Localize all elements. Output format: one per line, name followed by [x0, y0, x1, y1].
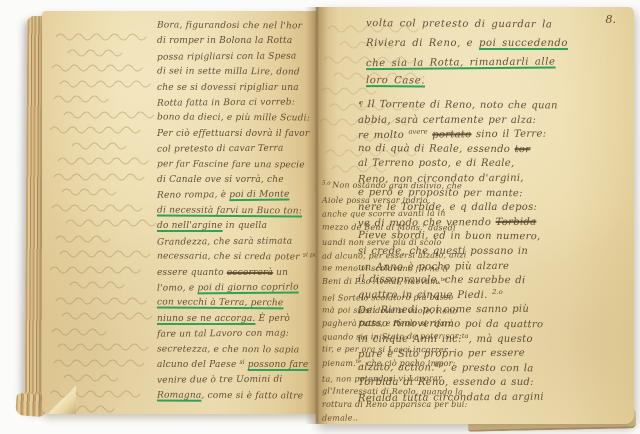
manuscript-line: abbia, sarà certamente per alza: — [358, 114, 634, 129]
manuscript-line: anche que scorre avanti là in — [322, 207, 472, 222]
manuscript-line: col pretesto di cavar Terra — [157, 142, 316, 159]
right-page-top-paragraph: volta col pretesto di guardar laRiviera … — [366, 15, 632, 91]
page-corner-curl — [42, 384, 76, 414]
photo-background: Bora, figurandosi che nel l'hordi romper… — [0, 0, 640, 434]
manuscript-line: di romper in Bolona la Rotta — [157, 34, 316, 49]
manuscript-line: al Terreno posto, e di Reale, — [358, 157, 634, 172]
manuscript-line: per far Fascine fare una specie — [157, 157, 316, 174]
manuscript-line: alcuno del Paese si possono fare — [157, 358, 316, 373]
show-through-writing — [50, 23, 162, 414]
manuscript-line: Romagna, come si è fatto altre — [157, 388, 316, 405]
manuscript-line: tir, e per ora si Lasci incorrer — [322, 343, 472, 357]
manuscript-line: di necessità farvi un Buco ton: — [157, 203, 316, 220]
left-page-text: Bora, figurandosi che nel l'hordi romper… — [157, 19, 316, 404]
left-page: Bora, figurandosi che nel l'hordi romper… — [42, 11, 316, 414]
manuscript-line: Riviera di Reno, e poi succedendo — [366, 34, 632, 53]
right-page: 8. volta col pretesto di guardar laRivie… — [316, 7, 634, 424]
manuscript-line: venire due ò tre Uomini di — [157, 373, 316, 390]
manuscript-line: fare un tal Lavoro con mag: — [157, 326, 316, 343]
manuscript-line: possa ripigliarsi con la Spesa — [157, 49, 316, 66]
manuscript-line: gl'Interessati di Reolo, quando la — [322, 385, 472, 399]
manuscript-line: Reno rompa, è poi di Monte — [157, 188, 316, 205]
manuscript-line: essere quanto occorrerà un — [157, 266, 316, 281]
manuscript-line: uandi non serve più di scolo — [322, 236, 472, 249]
manuscript-line: rottura di Reno apparisca per bui: — [322, 398, 472, 411]
manuscript-line: ne meno vi scolavano fin ne li — [322, 262, 472, 276]
manuscript-line: Aiole possa versar indrio, — [322, 194, 472, 207]
manuscript-line: Bora, figurandosi che nel l'hor — [157, 18, 316, 35]
manuscript-line: no di quà di Reale, essendo tor — [358, 142, 634, 159]
manuscript-line: l'omo, e poi di giorno coprirlo — [157, 280, 316, 297]
manuscript-line: Per ciò effettuarsi dovrà il favor — [157, 127, 316, 142]
manuscript-line: che sia la Rotta, rimandarli alle — [366, 52, 632, 73]
manuscript-line: volta col pretesto di guardar la — [366, 14, 632, 35]
manuscript-line: con vecchi à Terra, perche — [157, 296, 316, 313]
manuscript-line: do nell'argine in quella — [157, 219, 316, 234]
manuscript-line: bono da dieci, e più mille Scudi: — [157, 111, 316, 128]
manuscript-line: che se si dovessi ripigliar una — [157, 81, 316, 96]
manuscript-line: di Canale ove si vorrà, che — [157, 173, 316, 188]
right-page-margin-note: 5.o Non ostando gran dislivio, cheAiole … — [322, 179, 472, 424]
manuscript-line: mezzo de Beni di Mons.r dasedi — [322, 220, 472, 236]
manuscript-line: mà poi siasi dove si vuole, Reno — [322, 303, 472, 317]
manuscript-line: Beni di P.so Avelai, nuovam.te — [322, 275, 472, 290]
book-gutter-shadow — [305, 7, 328, 424]
manuscript-line: di sei in sette milla Lire, dond — [157, 65, 316, 82]
manuscript-line: loro Case. — [366, 71, 632, 92]
manuscript-line: pienam.te, che ciò pocho impor: — [322, 357, 472, 372]
manuscript-line: demale.. — [322, 411, 472, 424]
manuscript-line: 5.o Non ostando gran dislivio, che — [322, 178, 472, 194]
manuscript-line: nel Sortelo scolatoro più basso — [322, 290, 472, 305]
manuscript-line: secretezza, e che non lo sapia — [157, 342, 316, 359]
manuscript-line: ¶ Il Torrente di Reno, noto che quan — [358, 98, 634, 115]
manuscript-line: necessaria, che si creda poter si possa … — [157, 250, 316, 267]
manuscript-line: pagherà tutto, e Reolo si rifarà — [322, 317, 472, 330]
manuscript-line: niuno se ne accorga. È però — [157, 312, 316, 327]
manuscript-line: ta, non potendosi vi Lavorar — [322, 371, 472, 386]
manuscript-line: Grandezza, che sarà stimata — [157, 234, 316, 251]
